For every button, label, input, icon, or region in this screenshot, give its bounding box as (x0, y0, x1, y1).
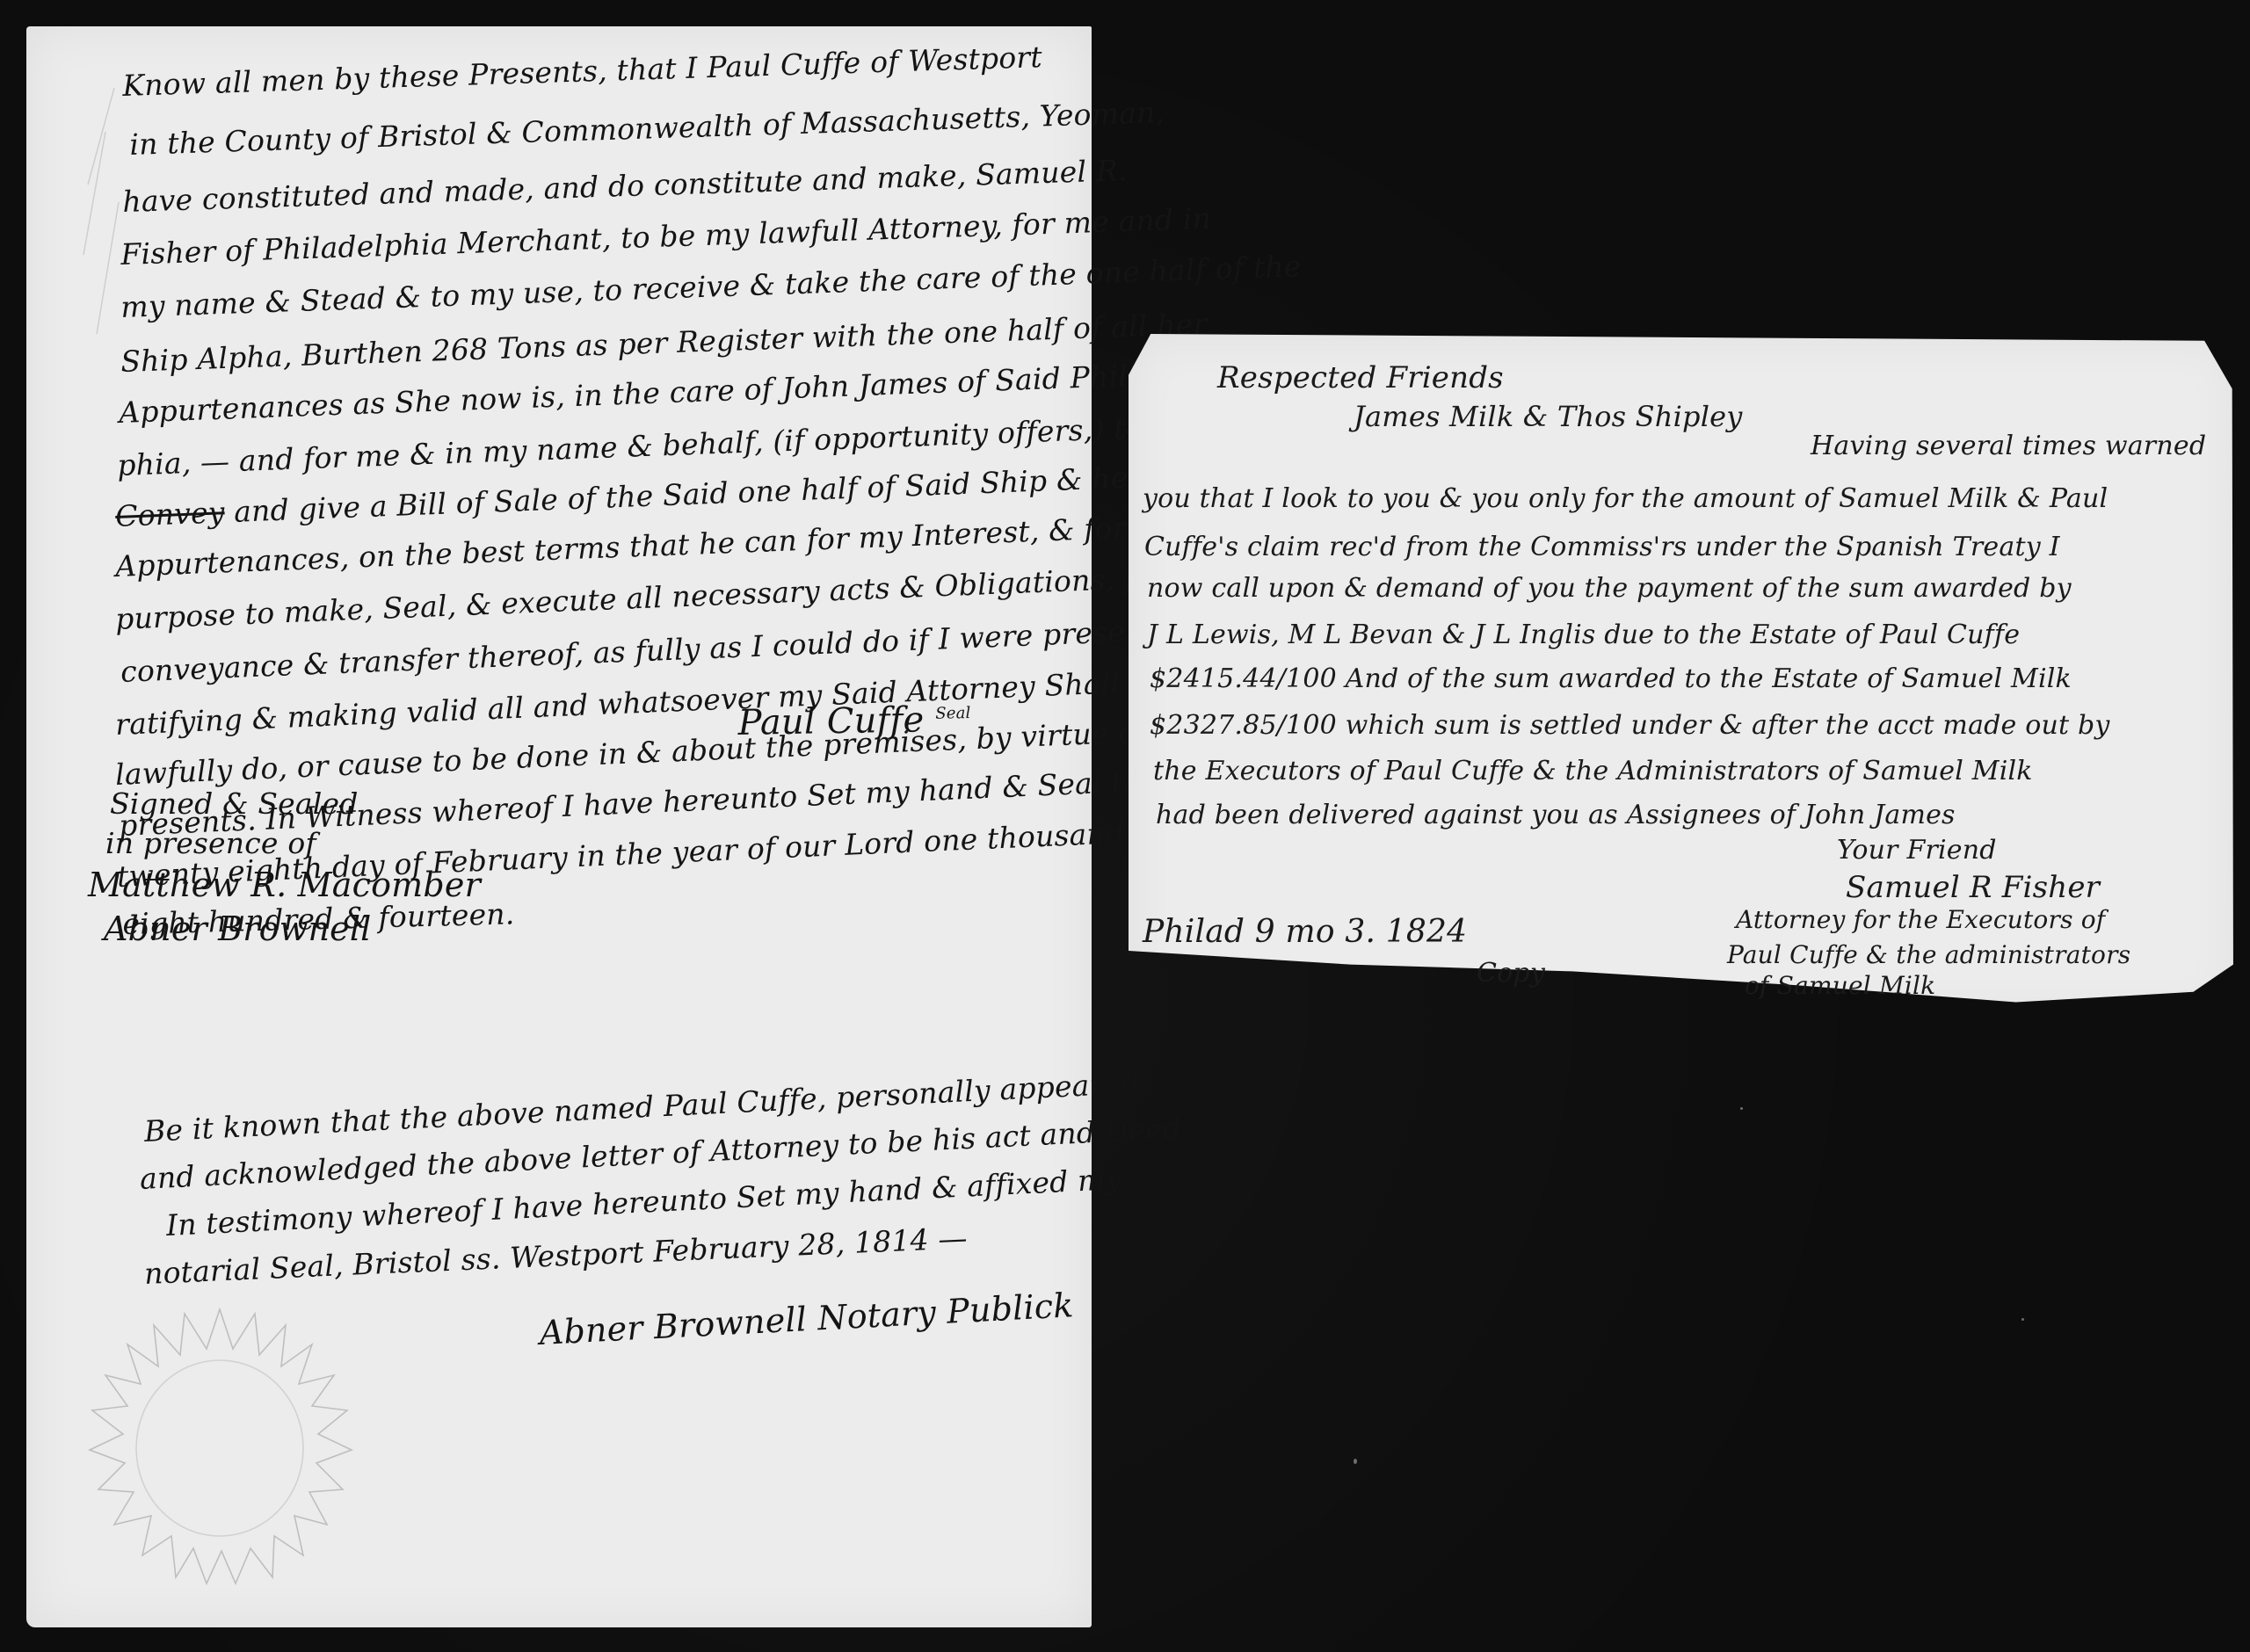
witness-heading-signed-sealed: Signed & Sealed (110, 786, 359, 821)
letter-body-line-7: $2327.85/100 which sum is settled under … (1150, 710, 2110, 741)
signature-title-line-1: Attorney for the Executors of (1736, 905, 2105, 934)
dust-speck (1740, 1107, 1743, 1110)
signature-title-line-2: Paul Cuffe & the administrators (1727, 940, 2130, 969)
letter-body-line-4: now call upon & demand of you the paymen… (1147, 573, 2072, 604)
letter-body-line-3: Cuffe's claim rec'd from the Commiss'rs … (1144, 532, 2060, 562)
letter-body-line-5: J L Lewis, M L Bevan & J L Inglis due to… (1147, 619, 2020, 650)
samuel-r-fisher-signature: Samuel R Fisher (1846, 870, 2100, 905)
dust-speck (1354, 1459, 1357, 1464)
signature-title-line-3: of Samuel Milk (1745, 971, 1935, 1000)
embossed-notarial-seal-icon (79, 1301, 360, 1590)
paul-cuffe-signature: Paul Cuffe Seal (737, 699, 971, 743)
struck-out-word: Convey (115, 495, 226, 533)
letter-body-line-9: had been delivered against you as Assign… (1156, 800, 1956, 830)
letter-body-line-8: the Executors of Paul Cuffe & the Admini… (1153, 756, 2033, 786)
copy-mark: Copy (1477, 958, 1545, 989)
letter-body-line-6: $2415.44/100 And of the sum awarded to t… (1150, 663, 2072, 694)
witness-name-2: Abner Brownell (104, 909, 372, 948)
dust-speck (2021, 1318, 2024, 1321)
place-and-date: Philad 9 mo 3. 1824 (1143, 914, 1467, 950)
witness-heading-in-presence: in presence of (105, 826, 316, 860)
letter-body-line-1: Having several times warned (1811, 431, 2206, 461)
letter-salutation: Respected Friends (1217, 360, 1504, 395)
letter-closing: Your Friend (1837, 835, 1997, 866)
seal-mark: Seal (935, 704, 971, 723)
letter-addressees: James Milk & Thos Shipley (1354, 400, 1743, 433)
witness-name-1: Matthew R. Macomber (88, 866, 481, 904)
letter-body-line-2: you that I look to you & you only for th… (1143, 483, 2108, 514)
